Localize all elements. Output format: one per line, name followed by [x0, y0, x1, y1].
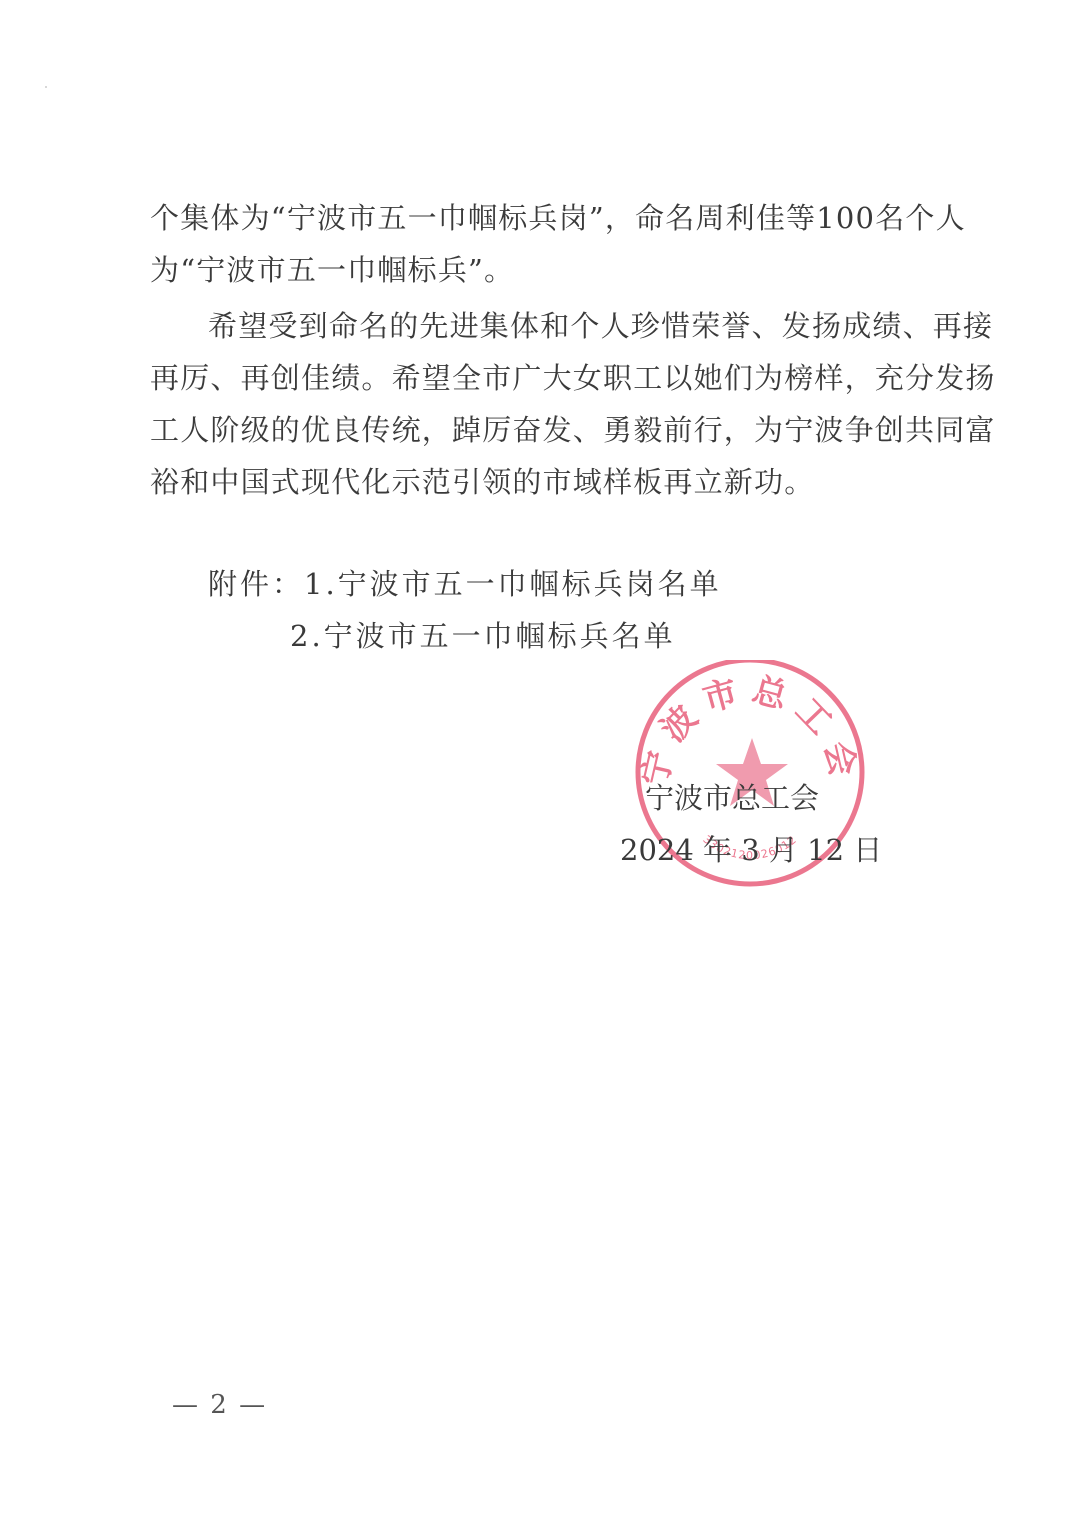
- signing-organization: 宁波市总工会: [645, 778, 819, 818]
- attachment-label: 附件：: [208, 567, 304, 601]
- scan-speck: [45, 86, 47, 88]
- attachment-list-item-1: 附件：1.宁波市五一巾帼标兵岗名单: [208, 564, 722, 604]
- attachment-list-item-2: 2.宁波市五一巾帼标兵名单: [290, 616, 676, 656]
- page-number: — 2 —: [172, 1388, 267, 1422]
- document-page: 个集体为“宁波市五一巾帼标兵岗”，命名周利佳等100名个人 为“宁波市五一巾帼标…: [0, 0, 1080, 1528]
- signing-date: 2024 年 3 月 12 日: [620, 830, 882, 870]
- attachment-item-2: 2.宁波市五一巾帼标兵名单: [290, 619, 676, 653]
- attachment-item-1: 1.宁波市五一巾帼标兵岗名单: [304, 567, 722, 601]
- paragraph-2-line-4: 裕和中国式现代化示范引领的市域样板再立新功。: [150, 462, 950, 502]
- paragraph-2-line-2: 再厉、再创佳绩。希望全市广大女职工以她们为榜样，充分发扬: [150, 358, 950, 398]
- paragraph-1-line-2: 为“宁波市五一巾帼标兵”。: [150, 250, 950, 290]
- paragraph-2-line-1: 希望受到命名的先进集体和个人珍惜荣誉、发扬成绩、再接: [208, 306, 950, 346]
- paragraph-1-line-1: 个集体为“宁波市五一巾帼标兵岗”，命名周利佳等100名个人: [150, 198, 950, 238]
- paragraph-2-line-3: 工人阶级的优良传统，踔厉奋发、勇毅前行，为宁波争创共同富: [150, 410, 950, 450]
